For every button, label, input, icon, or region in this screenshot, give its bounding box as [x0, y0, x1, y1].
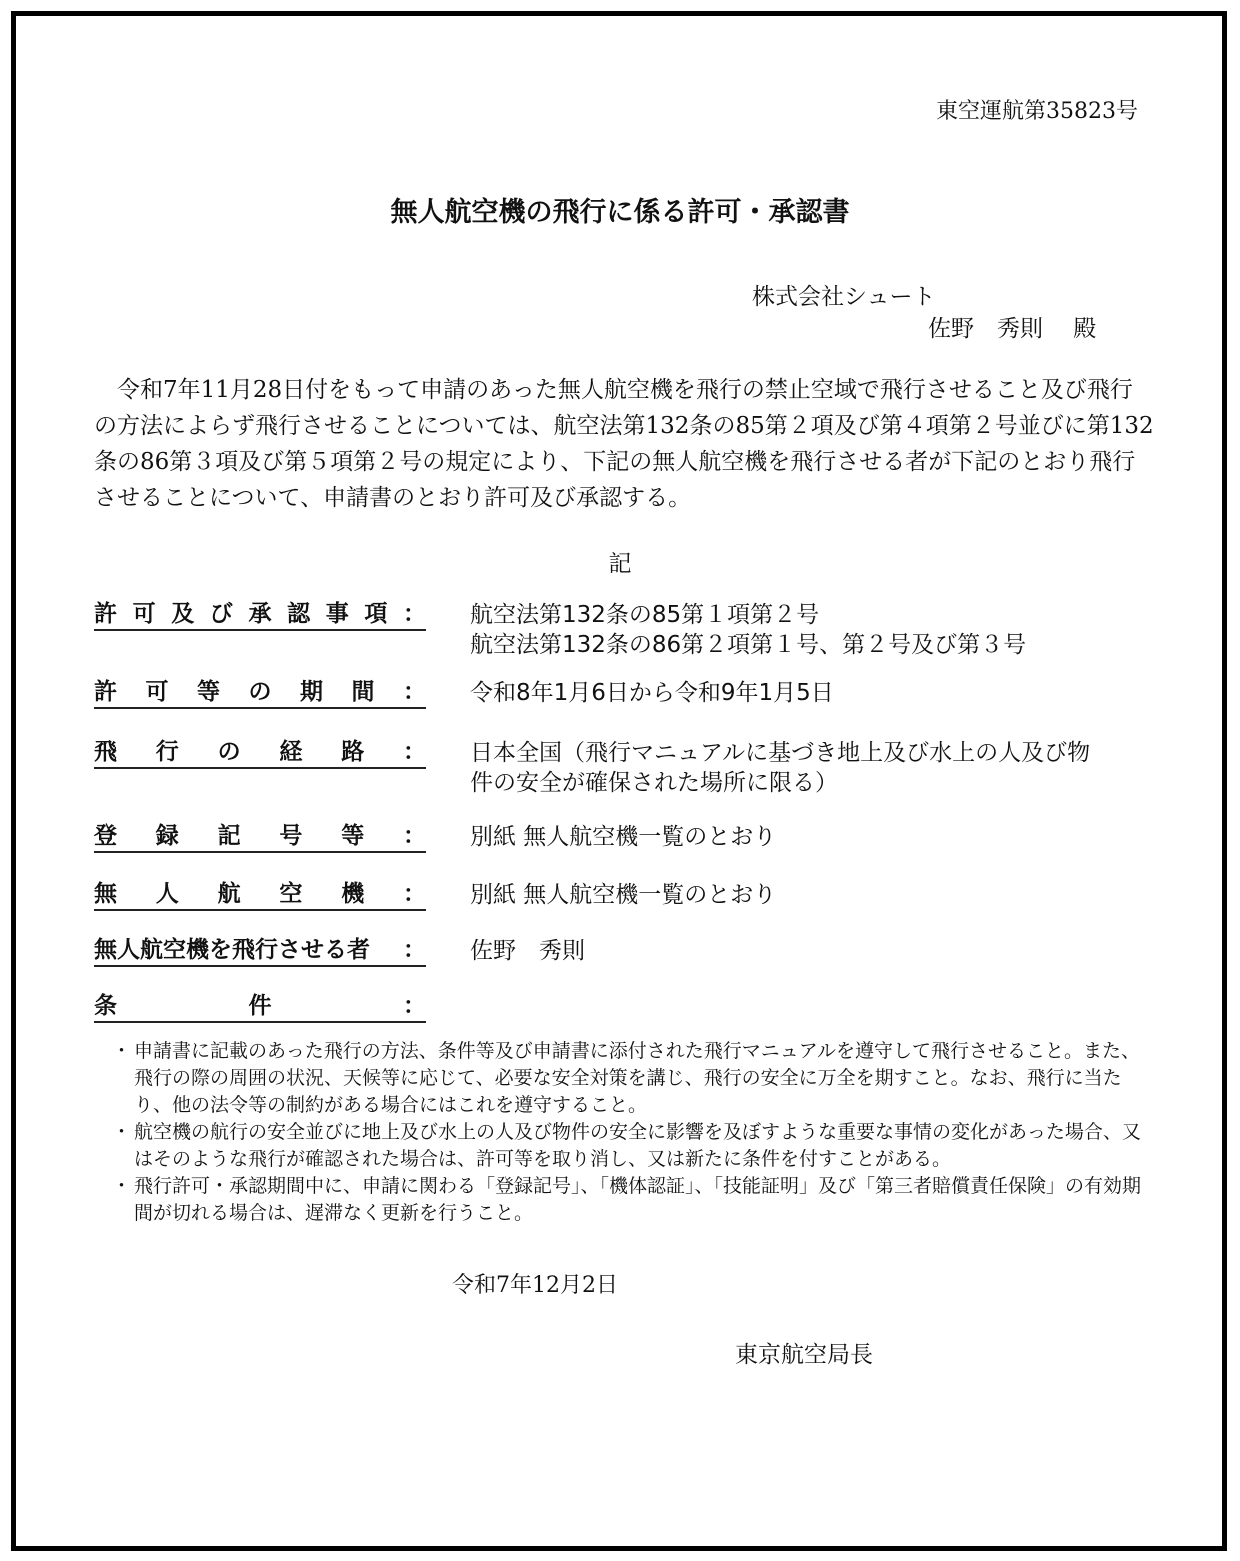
issue-date: 令和7年12月2日 — [452, 1268, 618, 1299]
label-char: 認 — [287, 600, 310, 628]
conditions-list: 申請書に記載のあった飛行の方法、条件等及び申請書に添付された飛行マニュアルを遵守… — [116, 1038, 1146, 1227]
item-value: 日本全国（飛行マニュアルに基づき地上及び水上の人及び物 件の安全が確保された場所… — [470, 738, 1090, 798]
label-char: び — [210, 600, 233, 628]
label-char: の — [218, 738, 241, 766]
item-label: 登録記号等： — [94, 822, 426, 853]
label-char: 等 — [197, 678, 220, 706]
label-char: 許 — [94, 600, 117, 628]
document-title: 無人航空機の飛行に係る許可・承認書 — [0, 190, 1240, 229]
item-label: 条件： — [94, 992, 426, 1023]
label-char: 登 — [94, 822, 117, 850]
label-char: 航 — [218, 880, 241, 908]
item-value: 航空法第132条の85第１項第２号 航空法第132条の86第２項第１号、第２号及… — [470, 600, 1026, 660]
item-value: 別紙 無人航空機一覧のとおり — [470, 822, 776, 852]
body-paragraph: 令和7年11月28日付をもって申請のあった無人航空機を飛行の禁止空域で飛行させる… — [94, 372, 1154, 516]
label-char: ： — [403, 738, 426, 766]
label-char: 記 — [218, 822, 241, 850]
ki-heading: 記 — [0, 545, 1240, 578]
condition-item: 飛行許可・承認期間中に、申請に関わる「登録記号」、「機体認証」、「技能証明」及び… — [116, 1173, 1146, 1227]
item-label: 飛行の経路： — [94, 738, 426, 769]
label-char: 録 — [156, 822, 179, 850]
recipient-name: 佐野 秀則 殿 — [928, 310, 1096, 343]
condition-item: 航空機の航行の安全並びに地上及び水上の人及び物件の安全に影響を及ぼすような重要な… — [116, 1119, 1146, 1173]
label-char: 項 — [364, 600, 387, 628]
label-char: ： — [403, 936, 426, 964]
label-char: 許 — [94, 678, 117, 706]
label-char: 飛 — [94, 738, 117, 766]
item-label: 許可等の期間： — [94, 678, 426, 709]
item-label: 無人航空機を飛行させる者： — [94, 936, 426, 967]
item-label: 許可及び承認事項： — [94, 600, 426, 631]
label-char: ： — [403, 678, 426, 706]
label-char: 件 — [249, 992, 272, 1020]
item-value: 別紙 無人航空機一覧のとおり — [470, 880, 776, 910]
item-label: 無人航空機： — [94, 880, 426, 911]
label-char: の — [249, 678, 272, 706]
label-char: 人 — [156, 880, 179, 908]
label-char: 可 — [133, 600, 156, 628]
document-number: 東空運航第35823号 — [936, 94, 1138, 125]
item-value: 令和8年1月6日から令和9年1月5日 — [470, 678, 834, 708]
label-char: ： — [403, 822, 426, 850]
recipient-company: 株式会社シュート — [752, 278, 936, 311]
label-char: 可 — [146, 678, 169, 706]
label-char: 事 — [326, 600, 349, 628]
label-char: 号 — [279, 822, 302, 850]
label-char: 承 — [249, 600, 272, 628]
body-text: 令和7年11月28日付をもって申請のあった無人航空機を飛行の禁止空域で飛行させる… — [94, 372, 1154, 516]
label-char: ： — [403, 880, 426, 908]
label-char: 及 — [171, 600, 194, 628]
condition-item: 申請書に記載のあった飛行の方法、条件等及び申請書に添付された飛行マニュアルを遵守… — [116, 1038, 1146, 1119]
label-char: 機 — [341, 880, 364, 908]
label-char: ： — [403, 992, 426, 1020]
label-char: 路 — [341, 738, 364, 766]
label-char: 無 — [94, 880, 117, 908]
label-char: ： — [403, 600, 426, 628]
issuer: 東京航空局長 — [735, 1336, 873, 1369]
label-char: 無人航空機を飛行させる者 — [94, 936, 370, 964]
item-value: 佐野 秀則 — [470, 936, 585, 966]
label-char: 空 — [279, 880, 302, 908]
label-char: 間 — [352, 678, 375, 706]
label-char: 条 — [94, 992, 117, 1020]
label-char: 行 — [156, 738, 179, 766]
label-char: 等 — [341, 822, 364, 850]
label-char: 期 — [300, 678, 323, 706]
label-char: 経 — [279, 738, 302, 766]
